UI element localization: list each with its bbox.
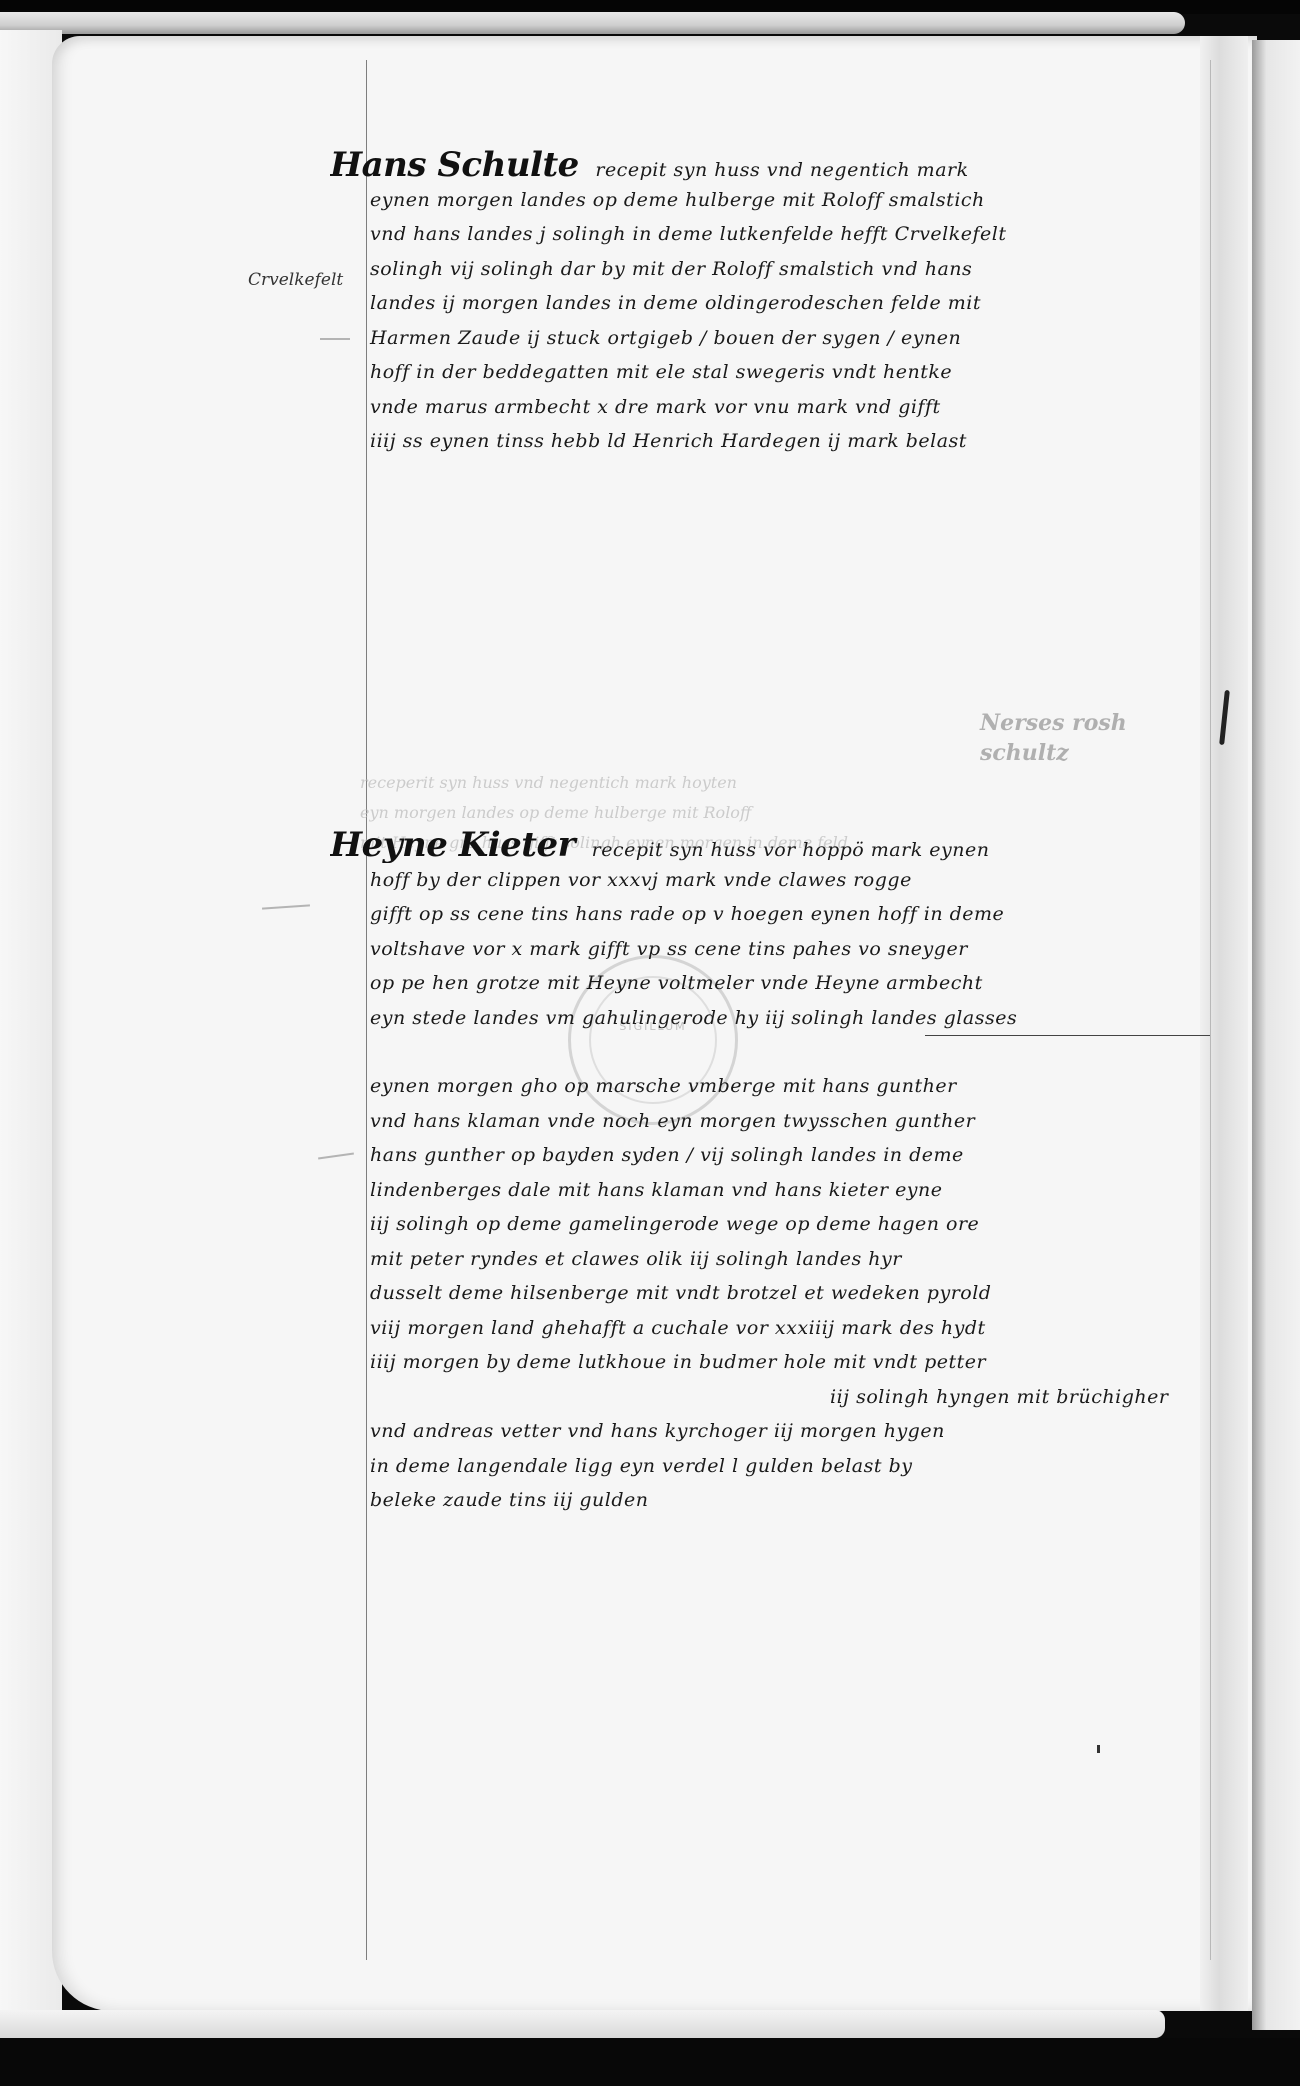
bleed-through-line: eyn morgen landes op deme hulberge mit R… [360,798,1200,828]
register-entry: Hans Schulte recepit syn huss vnd negent… [330,148,1230,459]
binding-cord-bottom [0,2010,1165,2038]
entry-line: vnd hans landes j solingh in deme lutken… [330,217,1230,252]
register-entry: Heyne Kieter recepit syn huss vor hoppö … [330,828,1230,1518]
entry-line: landes ij morgen landes in deme oldinger… [330,286,1230,321]
scan-background-bottom [0,2038,1300,2086]
entry-line: lindenberges dale mit hans klaman vnd ha… [330,1173,1230,1208]
margin-annotation: Crvelkefelt [248,270,343,290]
entry-line: iiij morgen by deme lutkhoue in budmer h… [330,1345,1230,1380]
entry-line: hoff in der beddegatten mit ele stal swe… [330,355,1230,390]
facing-page-edge [1252,40,1300,2030]
entry-line: voltshave vor x mark gifft vp ss cene ti… [330,932,1230,967]
entry-line: dusselt deme hilsenberge mit vndt brotze… [330,1276,1230,1311]
entry-line: mit peter ryndes et clawes olik iij soli… [330,1242,1230,1277]
entry-line: Hans Schulte recepit syn huss vnd negent… [330,148,1230,183]
insertion-rule [925,1035,1210,1036]
entry-line: iij solingh hyngen mit brüchigher [330,1380,1230,1415]
entry-line: eyn stede landes vm gahulingerode hy iij… [330,1001,1230,1036]
entry-line: eynen morgen gho op marsche vmberge mit … [330,1069,1230,1104]
entry-line: vnd hans klaman vnde noch eyn morgen twy… [330,1104,1230,1139]
entry-name: Heyne Kieter [330,828,575,863]
entry-line: op pe hen grotze mit Heyne voltmeler vnd… [330,966,1230,1001]
entry-name: Hans Schulte [330,148,579,183]
entry-line: in deme langendale ligg eyn verdel l gul… [330,1449,1230,1484]
entry-line: eynen morgen landes op deme hulberge mit… [330,183,1230,218]
bleed-through-line: receperit syn huss vnd negentich mark ho… [360,768,1200,798]
entry-line: iij solingh op deme gamelingerode wege o… [330,1207,1230,1242]
entry-line: vnde marus armbecht x dre mark vor vnu m… [330,390,1230,425]
entry-line: gifft op ss cene tins hans rade op v hoe… [330,897,1230,932]
entry-line: hoff by der clippen vor xxxvj mark vnde … [330,863,1230,898]
entry-line: Harmen Zaude ij stuck ortgigeb / bouen d… [330,321,1230,356]
entry-text: recepit syn huss vnd negentich mark [595,159,968,181]
entry-text: recepit syn huss vor hoppö mark eynen [592,839,990,861]
entry-line: vnd andreas vetter vnd hans kyrchoger ii… [330,1414,1230,1449]
entry-line: Heyne Kieter recepit syn huss vor hoppö … [330,828,1230,863]
ink-speck [1097,1745,1100,1753]
entry-line: beleke zaude tins iij gulden [330,1483,1230,1518]
bleed-through-title: Nerses rosh schultz [980,708,1200,768]
entry-line: hans gunther op bayden syden / vij solin… [330,1138,1230,1173]
margin-dash-mark [320,338,350,340]
binding-cord-top [0,12,1185,34]
entry-line: solingh vij solingh dar by mit der Rolof… [330,252,1230,287]
entry-line: iiij ss eynen tinss hebb ld Henrich Hard… [330,424,1230,459]
entry-line: viij morgen land ghehafft a cuchale vor … [330,1311,1230,1346]
